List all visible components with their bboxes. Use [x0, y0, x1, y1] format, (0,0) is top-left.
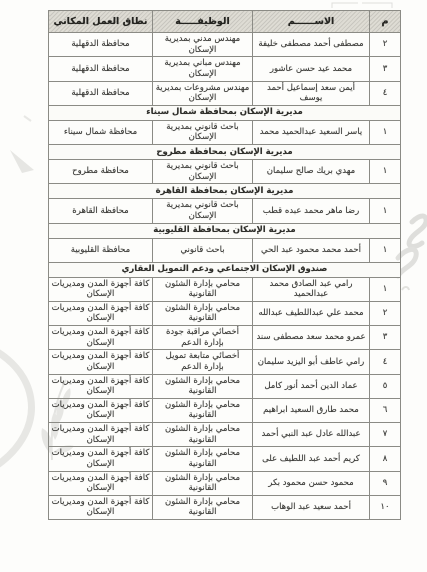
cell-scope: محافظة مطروح [49, 160, 153, 184]
scanned-page: م الاســــــم الوظيفـــــة نطاق العمل ال… [0, 0, 427, 572]
cell-job: محامي بإدارة الشئون القانونية [153, 447, 253, 471]
cell-scope: محافظة الدقهلية [49, 81, 153, 105]
cell-name: ياسر السعيد عبدالحميد محمد [253, 120, 370, 144]
cell-job: باحث قانوني بمديرية الإسكان [153, 120, 253, 144]
cell-scope: كافة أجهزة المدن ومديريات الإسكان [49, 423, 153, 447]
cell-job: مهندس مدني بمديرية الإسكان [153, 33, 253, 57]
cell-scope: كافة أجهزة المدن ومديريات الإسكان [49, 301, 153, 325]
cell-scope: كافة أجهزة المدن ومديريات الإسكان [49, 374, 153, 398]
cell-scope: محافظة الدقهلية [49, 57, 153, 81]
cell-name: أيمن سعد إسماعيل أحمد يوسف [253, 81, 370, 105]
cell-num: ٩ [370, 471, 401, 495]
cell-job: محامي بإدارة الشئون القانونية [153, 374, 253, 398]
section-header-row: صندوق الإسكان الاجتماعي ودعم التمويل الع… [49, 262, 401, 277]
cell-scope: كافة أجهزة المدن ومديريات الإسكان [49, 495, 153, 519]
cell-num: ١ [370, 277, 401, 301]
cell-name: عبدالله عادل عبد النبي أحمد [253, 423, 370, 447]
cell-num: ١ [370, 120, 401, 144]
table-row: ١رضا ماهر محمد عبده قطبباحث قانوني بمدير… [49, 199, 401, 223]
section-header-row: مديرية الإسكان بمحافظة القاهرة [49, 184, 401, 199]
cell-scope: كافة أجهزة المدن ومديريات الإسكان [49, 326, 153, 350]
table-row: ١ياسر السعيد عبدالحميد محمدباحث قانوني ب… [49, 120, 401, 144]
section-title: مديرية الإسكان بمحافظة القاهرة [49, 184, 401, 199]
cell-name: محمد عيد حسن عاشور [253, 57, 370, 81]
cell-job: مهندس مباني بمديرية الإسكان [153, 57, 253, 81]
cell-num: ٣ [370, 57, 401, 81]
section-header-row: مديرية الإسكان بمحافظة شمال سيناء [49, 105, 401, 120]
cell-job: باحث قانوني [153, 238, 253, 262]
partial-mark-top-right-icon [332, 3, 392, 8]
cell-num: ٥ [370, 374, 401, 398]
cell-name: أحمد سعيد عبد الوهاب [253, 495, 370, 519]
cell-scope: كافة أجهزة المدن ومديريات الإسكان [49, 447, 153, 471]
cell-name: محمد علي عبداللطيف عبدالله [253, 301, 370, 325]
section-title: صندوق الإسكان الاجتماعي ودعم التمويل الع… [49, 262, 401, 277]
cell-name: محمود حسن محمود بكر [253, 471, 370, 495]
cell-job: محامي بإدارة الشئون القانونية [153, 277, 253, 301]
table-row: ٢محمد علي عبداللطيف عبداللهمحامي بإدارة … [49, 301, 401, 325]
table-row: ٥عماد الدين أحمد أنور كاملمحامي بإدارة ا… [49, 374, 401, 398]
cell-scope: كافة أجهزة المدن ومديريات الإسكان [49, 350, 153, 374]
cell-scope: محافظة الدقهلية [49, 33, 153, 57]
cell-name: مصطفى أحمد مصطفى خليفة [253, 33, 370, 57]
cell-name: عماد الدين أحمد أنور كامل [253, 374, 370, 398]
cell-num: ١ [370, 199, 401, 223]
cell-scope: كافة أجهزة المدن ومديريات الإسكان [49, 471, 153, 495]
cell-scope: كافة أجهزة المدن ومديريات الإسكان [49, 398, 153, 422]
table-row: ٤رامي عاطف أبو اليزيد سليمانأخصائي متابع… [49, 350, 401, 374]
cell-job: مهندس مشروعات بمديرية الإسكان [153, 81, 253, 105]
cell-name: رضا ماهر محمد عبده قطب [253, 199, 370, 223]
cell-scope: محافظة القليوبية [49, 238, 153, 262]
table-row: ٧عبدالله عادل عبد النبي أحمدمحامي بإدارة… [49, 423, 401, 447]
table-row: ٩محمود حسن محمود بكرمحامي بإدارة الشئون … [49, 471, 401, 495]
cell-scope: كافة أجهزة المدن ومديريات الإسكان [49, 277, 153, 301]
cell-scope: محافظة القاهرة [49, 199, 153, 223]
section-header-row: مديرية الإسكان بمحافظة مطروح [49, 145, 401, 160]
cell-num: ٨ [370, 447, 401, 471]
cell-num: ٣ [370, 326, 401, 350]
cell-job: محامي بإدارة الشئون القانونية [153, 471, 253, 495]
cell-job: محامي بإدارة الشئون القانونية [153, 398, 253, 422]
cell-job: محامي بإدارة الشئون القانونية [153, 423, 253, 447]
cell-name: أحمد محمد محمود عبد الحي [253, 238, 370, 262]
cell-num: ٢ [370, 33, 401, 57]
cell-num: ٤ [370, 350, 401, 374]
table-row: ٨كريم أحمد عبد اللطيف علىمحامي بإدارة ال… [49, 447, 401, 471]
section-title: مديرية الإسكان بمحافظة القليوبية [49, 223, 401, 238]
cell-num: ٦ [370, 398, 401, 422]
column-header-job: الوظيفـــــة [153, 11, 253, 33]
cell-job: محامي بإدارة الشئون القانونية [153, 301, 253, 325]
table-row: ٦محمد طارق السعيد ابراهيممحامي بإدارة ال… [49, 398, 401, 422]
cell-job: أخصائي متابعة تمويل بإدارة الدعم [153, 350, 253, 374]
table-row: ١مهدي بريك صالح سليمانباحث قانوني بمديري… [49, 160, 401, 184]
table-row: ٢مصطفى أحمد مصطفى خليفةمهندس مدني بمديري… [49, 33, 401, 57]
section-title: مديرية الإسكان بمحافظة شمال سيناء [49, 105, 401, 120]
cell-num: ٤ [370, 81, 401, 105]
section-title: مديرية الإسكان بمحافظة مطروح [49, 145, 401, 160]
cell-num: ٢ [370, 301, 401, 325]
table-row: ٣عمرو محمد سعد مصطفى سندأخصائي مراقبة جو… [49, 326, 401, 350]
table-row: ١٠أحمد سعيد عبد الوهابمحامي بإدارة الشئو… [49, 495, 401, 519]
wedge-mark-left-icon [10, 116, 34, 173]
table-header-row: م الاســــــم الوظيفـــــة نطاق العمل ال… [49, 11, 401, 33]
cell-name: كريم أحمد عبد اللطيف على [253, 447, 370, 471]
table-row: ٤أيمن سعد إسماعيل أحمد يوسفمهندس مشروعات… [49, 81, 401, 105]
cell-name: محمد طارق السعيد ابراهيم [253, 398, 370, 422]
cell-num: ١ [370, 160, 401, 184]
signature-squiggle-right-icon [398, 216, 426, 290]
table-body: ٢مصطفى أحمد مصطفى خليفةمهندس مدني بمديري… [49, 33, 401, 520]
table-row: ٣محمد عيد حسن عاشورمهندس مباني بمديرية ا… [49, 57, 401, 81]
cell-name: رامي عاطف أبو اليزيد سليمان [253, 350, 370, 374]
column-header-scope: نطاق العمل المكاني [49, 11, 153, 33]
cell-name: مهدي بريك صالح سليمان [253, 160, 370, 184]
table-row: ١أحمد محمد محمود عبد الحيباحث قانونيمحاف… [49, 238, 401, 262]
section-header-row: مديرية الإسكان بمحافظة القليوبية [49, 223, 401, 238]
cell-name: عمرو محمد سعد مصطفى سند [253, 326, 370, 350]
personnel-table: م الاســــــم الوظيفـــــة نطاق العمل ال… [48, 10, 401, 520]
column-header-name: الاســــــم [253, 11, 370, 33]
cell-num: ٧ [370, 423, 401, 447]
cell-name: رامي عبد الصادق محمد عبدالحميد [253, 277, 370, 301]
cell-scope: محافظة شمال سيناء [49, 120, 153, 144]
cell-job: أخصائي مراقبة جودة بإدارة الدعم [153, 326, 253, 350]
column-header-num: م [370, 11, 401, 33]
cell-job: باحث قانوني بمديرية الإسكان [153, 160, 253, 184]
cell-job: باحث قانوني بمديرية الإسكان [153, 199, 253, 223]
cell-job: محامي بإدارة الشئون القانونية [153, 495, 253, 519]
table-row: ١رامي عبد الصادق محمد عبدالحميدمحامي بإد… [49, 277, 401, 301]
cell-num: ١ [370, 238, 401, 262]
cell-num: ١٠ [370, 495, 401, 519]
